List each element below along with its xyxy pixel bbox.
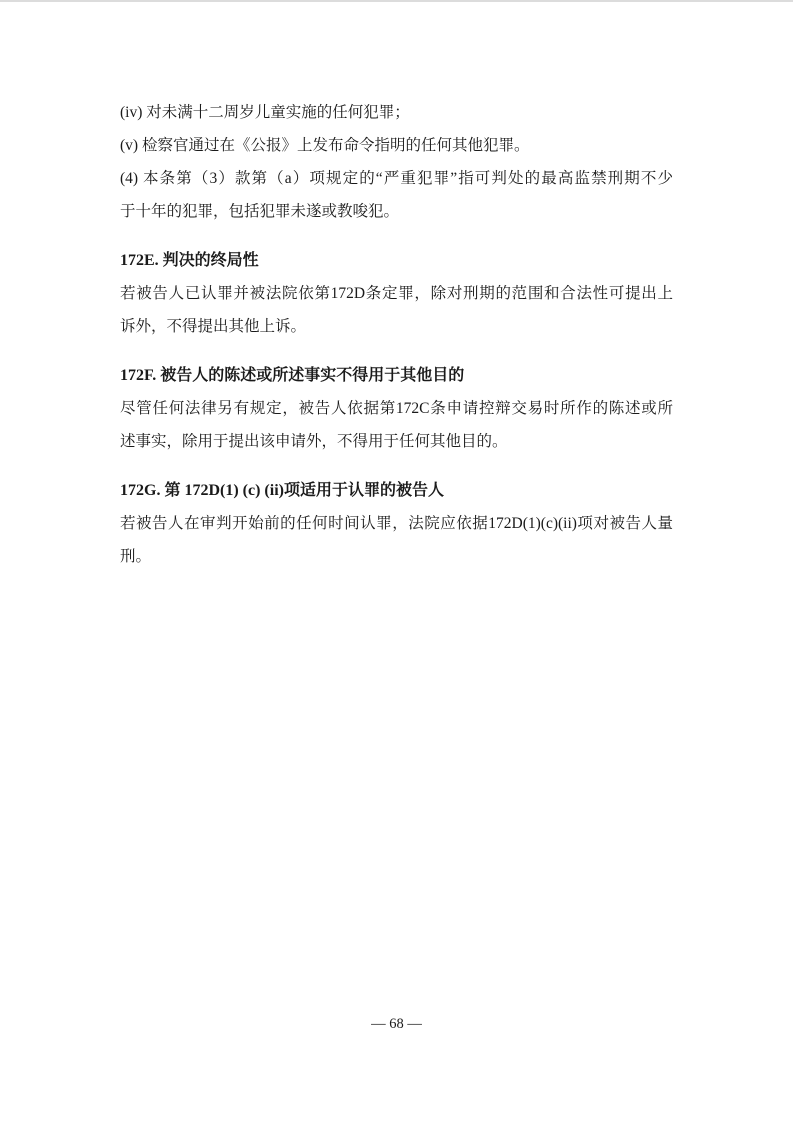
clause-4-line-2: 于十年的犯罪，包括犯罪未遂或教唆犯。	[120, 195, 673, 228]
list-item-v: (v) 检察官通过在《公报》上发布命令指明的任何其他犯罪。	[120, 129, 673, 162]
page-content: (iv) 对未满十二周岁儿童实施的任何犯罪； (v) 检察官通过在《公报》上发布…	[120, 96, 673, 573]
page-number: — 68 —	[0, 1014, 793, 1034]
section-heading-172F: 172F. 被告人的陈述或所述事实不得用于其他目的	[120, 359, 673, 392]
section-172F-body-line-2: 述事实，除用于提出该申请外，不得用于任何其他目的。	[120, 425, 673, 458]
section-172G-body-line-2: 刑。	[120, 540, 673, 573]
list-item-iv: (iv) 对未满十二周岁儿童实施的任何犯罪；	[120, 96, 673, 129]
section-172E-body-line-1: 若被告人已认罪并被法院依第172D条定罪，除对刑期的范围和合法性可提出上	[120, 277, 673, 310]
section-172E-body-line-2: 诉外，不得提出其他上诉。	[120, 310, 673, 343]
section-172F-body-line-1: 尽管任何法律另有规定，被告人依据第172C条申请控辩交易时所作的陈述或所	[120, 392, 673, 425]
section-heading-172G: 172G. 第 172D(1) (c) (ii)项适用于认罪的被告人	[120, 474, 673, 507]
section-172G-body-line-1: 若被告人在审判开始前的任何时间认罪，法院应依据172D(1)(c)(ii)项对被…	[120, 507, 673, 540]
section-heading-172E: 172E. 判决的终局性	[120, 244, 673, 277]
document-page: (iv) 对未满十二周岁儿童实施的任何犯罪； (v) 检察官通过在《公报》上发布…	[0, 0, 793, 1122]
clause-4-line-1: (4) 本条第（3）款第（a）项规定的“严重犯罪”指可判处的最高监禁刑期不少	[120, 162, 673, 195]
